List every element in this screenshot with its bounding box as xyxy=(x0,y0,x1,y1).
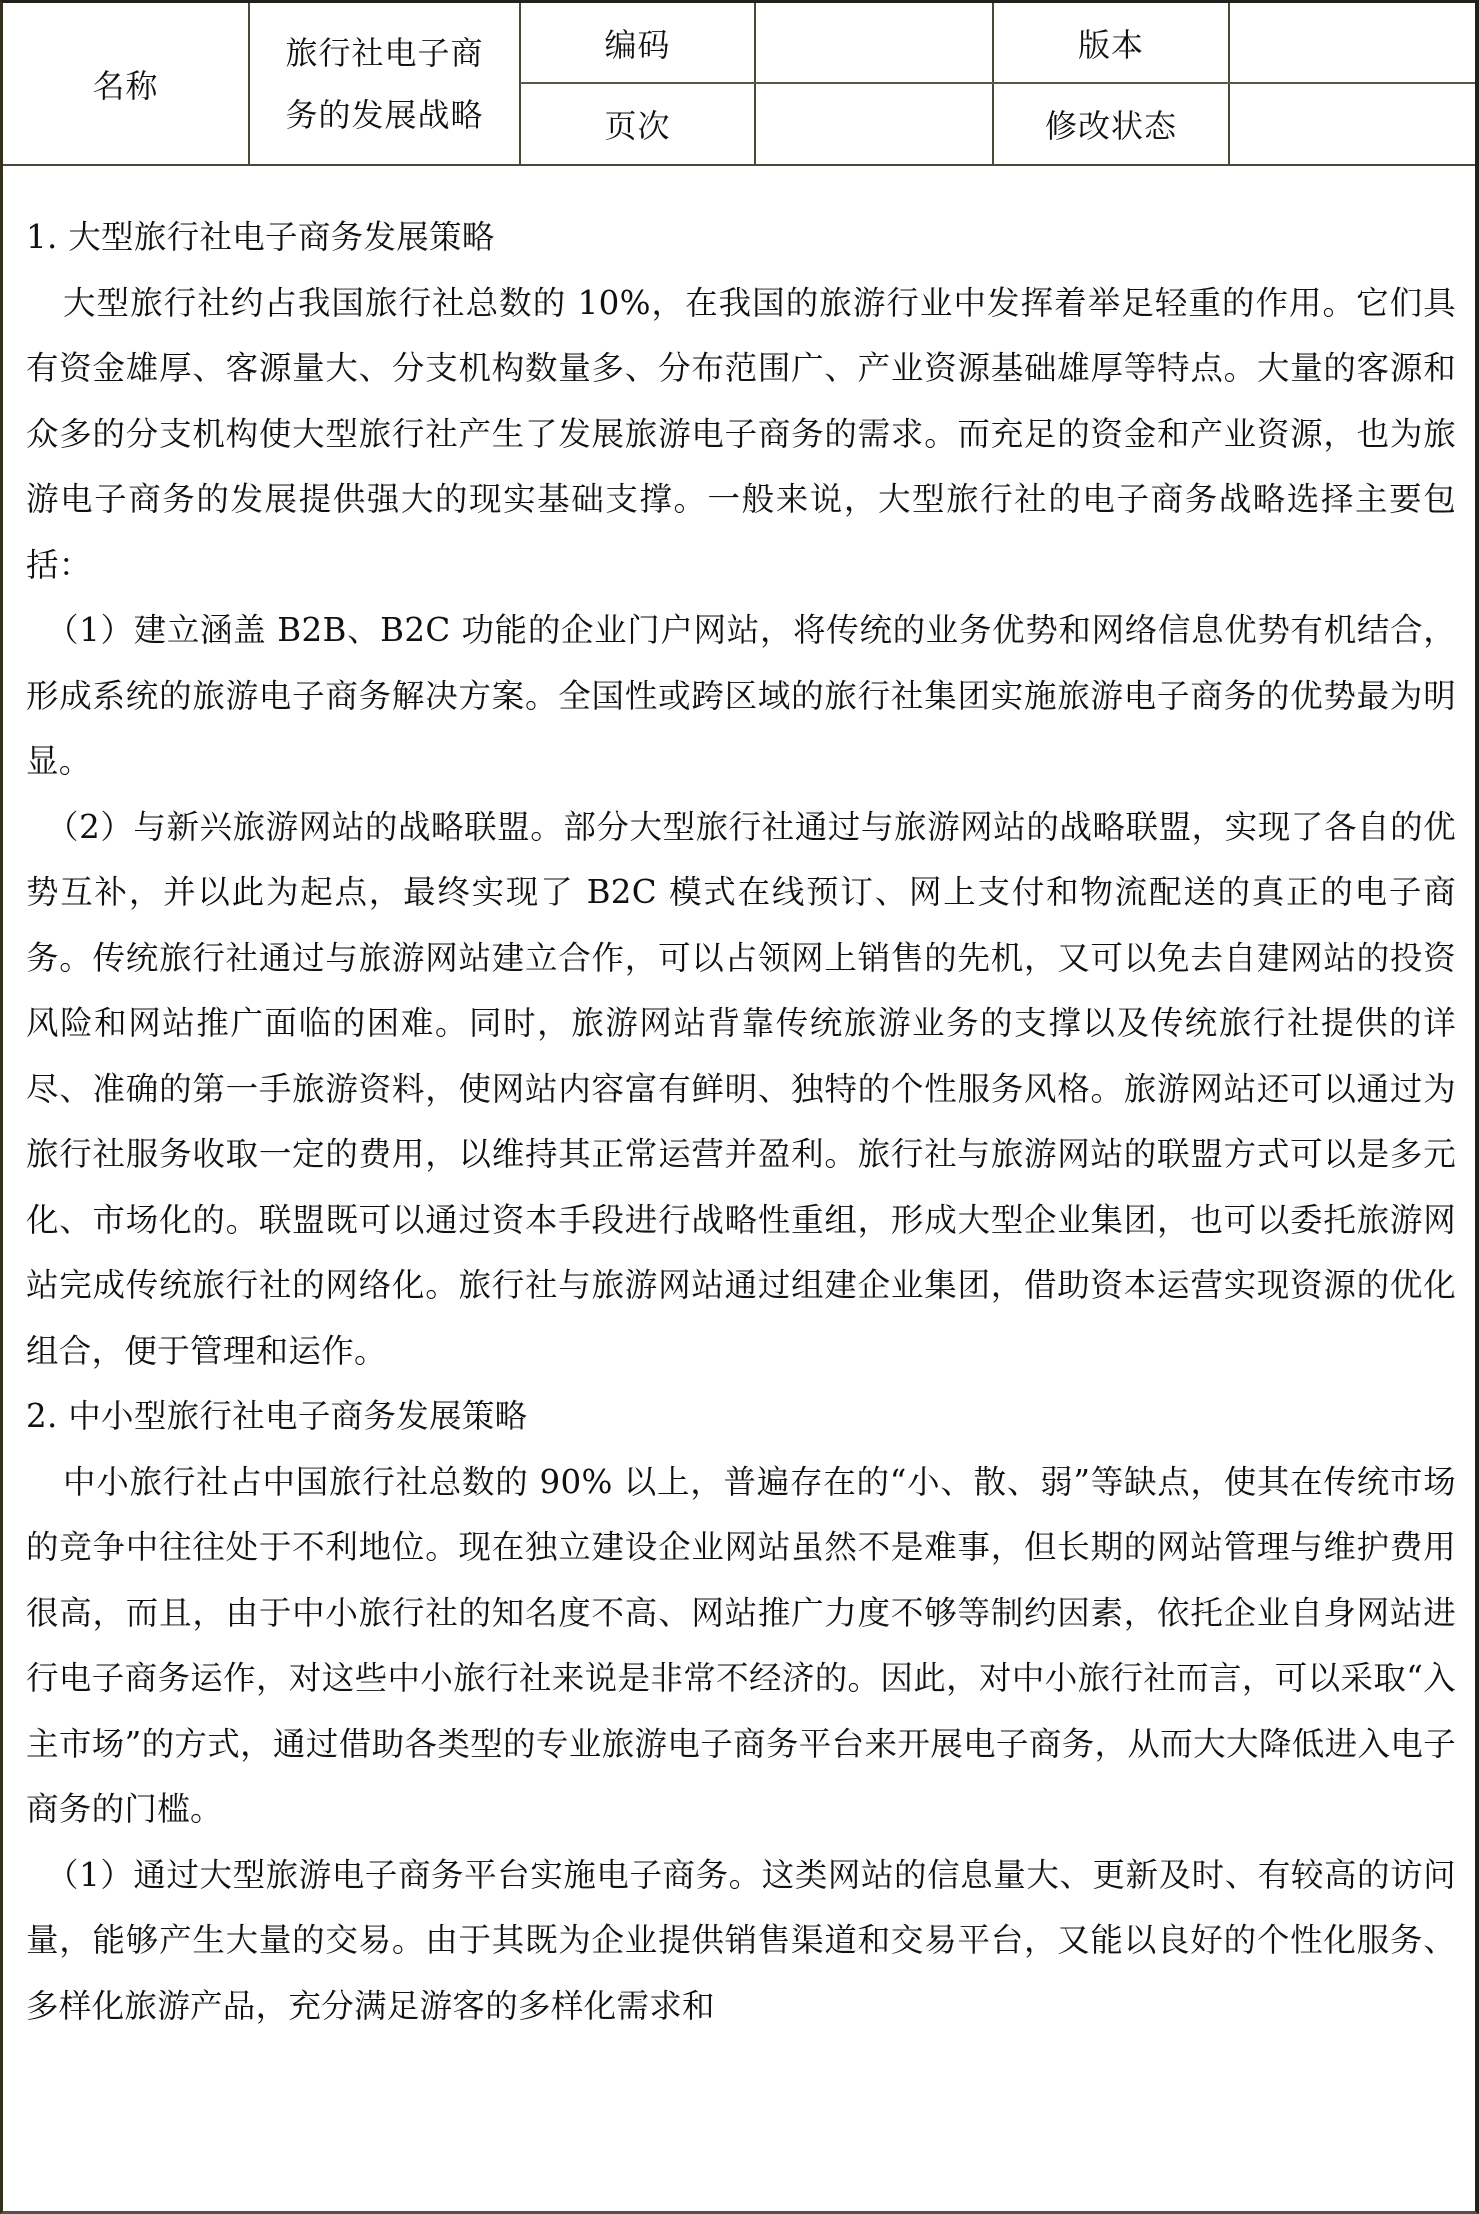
table-divider xyxy=(3,164,1475,166)
page-value-field[interactable] xyxy=(756,84,992,164)
section-1-item-1-paragraph: （1）建立涵盖 B2B、B2C 功能的企业门户网站，将传统的业务优势和网络信息优… xyxy=(26,598,1456,795)
section-2-item-1-paragraph: （1）通过大型旅游电子商务平台实施电子商务。这类网站的信息量大、更新及时、有较高… xyxy=(26,1843,1456,2040)
section-2-heading: 2. 中小型旅行社电子商务发展策略 xyxy=(26,1384,1456,1450)
page-label: 页次 xyxy=(521,84,754,164)
document-title-line-2: 务的发展战略 xyxy=(285,84,483,146)
section-1-item-2-paragraph: （2）与新兴旅游网站的战略联盟。部分大型旅行社通过与旅游网站的战略联盟，实现了各… xyxy=(26,795,1456,1385)
version-label: 版本 xyxy=(994,3,1228,82)
code-value-field[interactable] xyxy=(756,3,992,82)
document-body: 1. 大型旅行社电子商务发展策略 大型旅行社约占我国旅行社总数的 10%，在我国… xyxy=(26,205,1456,2039)
code-label: 编码 xyxy=(521,3,754,82)
revision-label: 修改状态 xyxy=(994,84,1228,164)
section-2-intro-paragraph: 中小旅行社占中国旅行社总数的 90% 以上，普遍存在的“小、散、弱”等缺点，使其… xyxy=(26,1450,1456,1843)
section-1-intro-paragraph: 大型旅行社约占我国旅行社总数的 10%，在我国的旅游行业中发挥着举足轻重的作用。… xyxy=(26,271,1456,599)
document-title-line-1: 旅行社电子商 xyxy=(285,22,483,84)
section-1-heading: 1. 大型旅行社电子商务发展策略 xyxy=(26,205,1456,271)
document-title: 旅行社电子商 务的发展战略 xyxy=(250,3,519,164)
revision-value-field[interactable] xyxy=(1230,84,1475,164)
header-table: 名称 旅行社电子商 务的发展战略 编码 版本 页次 修改状态 xyxy=(0,0,1479,166)
name-label: 名称 xyxy=(3,3,248,164)
version-value-field[interactable] xyxy=(1230,3,1475,82)
